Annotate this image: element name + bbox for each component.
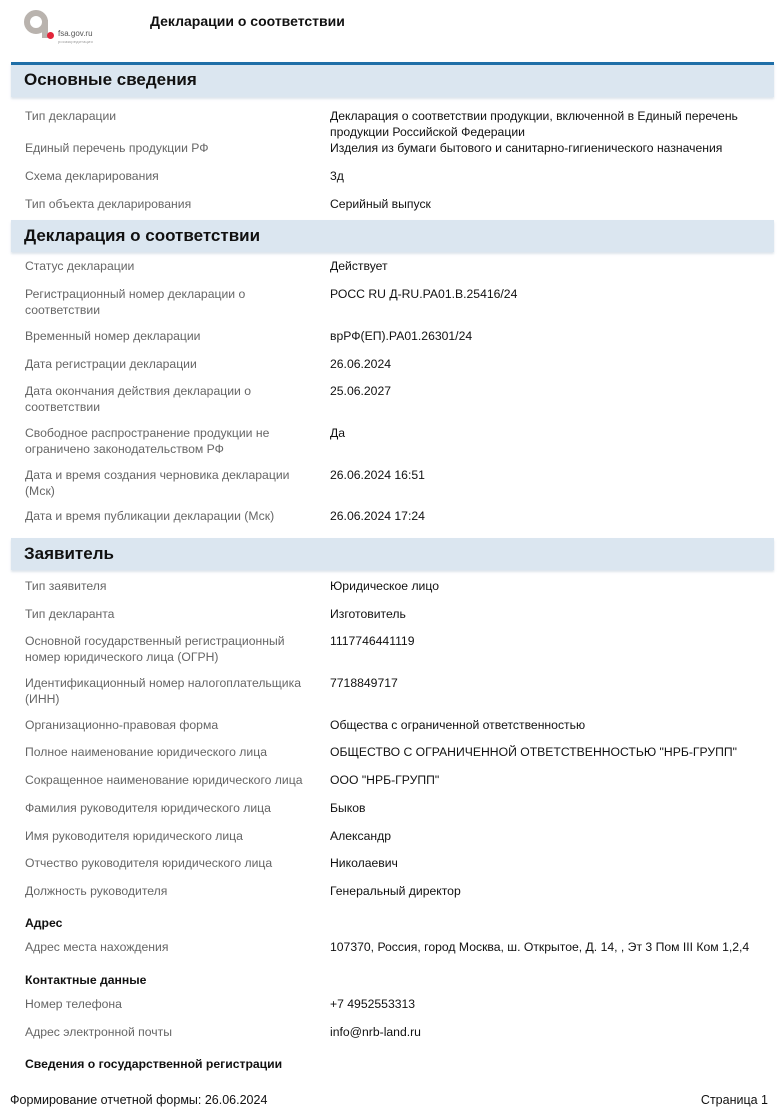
field-label: Организационно-правовая форма: [25, 717, 315, 733]
field-label: Полное наименование юридического лица: [25, 744, 315, 760]
phone-value: +7 4952553313: [330, 996, 775, 1012]
field-value: 26.06.2024: [330, 356, 775, 372]
field-label: Регистрационный номер декларации о соотв…: [25, 286, 315, 318]
field-label: Номер телефона: [25, 996, 315, 1012]
subsection-contacts: Контактные данные: [25, 973, 146, 987]
field-value: Быков: [330, 800, 775, 816]
field-label: Основной государственный регистрационный…: [25, 633, 315, 665]
field-label: Тип декларации: [25, 108, 315, 124]
field-value: 26.06.2024 16:51: [330, 467, 775, 483]
field-label: Тип объекта декларирования: [25, 196, 315, 212]
field-label: Тип декларанта: [25, 606, 315, 622]
field-label: Дата регистрации декларации: [25, 356, 315, 372]
field-label: Отчество руководителя юридического лица: [25, 855, 315, 871]
subsection-address: Адрес: [25, 916, 62, 930]
field-value: ОБЩЕСТВО С ОГРАНИЧЕННОЙ ОТВЕТСТВЕННОСТЬЮ…: [330, 744, 775, 760]
field-value: Юридическое лицо: [330, 578, 775, 594]
field-label: Временный номер декларации: [25, 328, 315, 344]
field-label: Дата окончания действия декларации о соо…: [25, 383, 315, 415]
field-value: Общества с ограниченной ответственностью: [330, 717, 775, 733]
field-label: Адрес электронной почты: [25, 1024, 315, 1040]
field-value: 7718849717: [330, 675, 775, 691]
field-value: Александр: [330, 828, 775, 844]
logo-a-icon: [24, 10, 48, 34]
field-value: 3д: [330, 168, 775, 184]
section-basic-header: Основные сведения: [11, 62, 774, 97]
field-value: 25.06.2027: [330, 383, 775, 399]
fsa-logo[interactable]: fsa.gov.ru росаккредитация: [22, 10, 122, 46]
field-value: Декларация о соответствии продукции, вкл…: [330, 108, 775, 140]
field-label: Сокращенное наименование юридического ли…: [25, 772, 315, 788]
field-value: ООО "НРБ-ГРУПП": [330, 772, 775, 788]
field-value: Изделия из бумаги бытового и санитарно-г…: [330, 140, 775, 156]
field-value: Изготовитель: [330, 606, 775, 622]
status-value: Действует: [330, 258, 775, 274]
field-value: Николаевич: [330, 855, 775, 871]
field-value: 107370, Россия, город Москва, ш. Открыто…: [330, 939, 775, 955]
field-label: Адрес места нахождения: [25, 939, 315, 955]
field-label: Должность руководителя: [25, 883, 315, 899]
subsection-state-registration: Сведения о государственной регистрации: [25, 1057, 282, 1071]
field-value: врРФ(ЕП).РА01.26301/24: [330, 328, 775, 344]
page-title: Декларации о соответствии: [150, 13, 345, 29]
field-label: Статус декларации: [25, 258, 315, 274]
field-value: 1117746441119: [330, 633, 775, 649]
field-label: Дата и время публикации декларации (Мск): [25, 508, 315, 524]
field-value: Да: [330, 425, 775, 441]
field-label: Идентификационный номер налогоплательщик…: [25, 675, 315, 707]
logo-dot-icon: [47, 32, 54, 39]
field-value: Генеральный директор: [330, 883, 775, 899]
field-label: Имя руководителя юридического лица: [25, 828, 315, 844]
email-value: info@nrb-land.ru: [330, 1024, 775, 1040]
field-value: РОСС RU Д-RU.РА01.В.25416/24: [330, 286, 775, 302]
page-header: fsa.gov.ru росаккредитация Декларации о …: [0, 0, 781, 52]
field-value: Серийный выпуск: [330, 196, 775, 212]
field-label: Тип заявителя: [25, 578, 315, 594]
field-label: Дата и время создания черновика декларац…: [25, 467, 315, 499]
section-applicant-header: Заявитель: [11, 538, 774, 570]
section-declaration-header: Декларация о соответствии: [11, 220, 774, 252]
field-value: 26.06.2024 17:24: [330, 508, 775, 524]
field-label: Схема декларирования: [25, 168, 315, 184]
logo-site-text: fsa.gov.ru: [58, 29, 93, 38]
report-generated-date: Формирование отчетной формы: 26.06.2024: [10, 1093, 267, 1107]
page-number: Страница 1: [701, 1093, 768, 1107]
field-label: Фамилия руководителя юридического лица: [25, 800, 315, 816]
field-label: Свободное распространение продукции не о…: [25, 425, 315, 457]
field-label: Единый перечень продукции РФ: [25, 140, 315, 156]
logo-subtitle: росаккредитация: [58, 39, 93, 44]
